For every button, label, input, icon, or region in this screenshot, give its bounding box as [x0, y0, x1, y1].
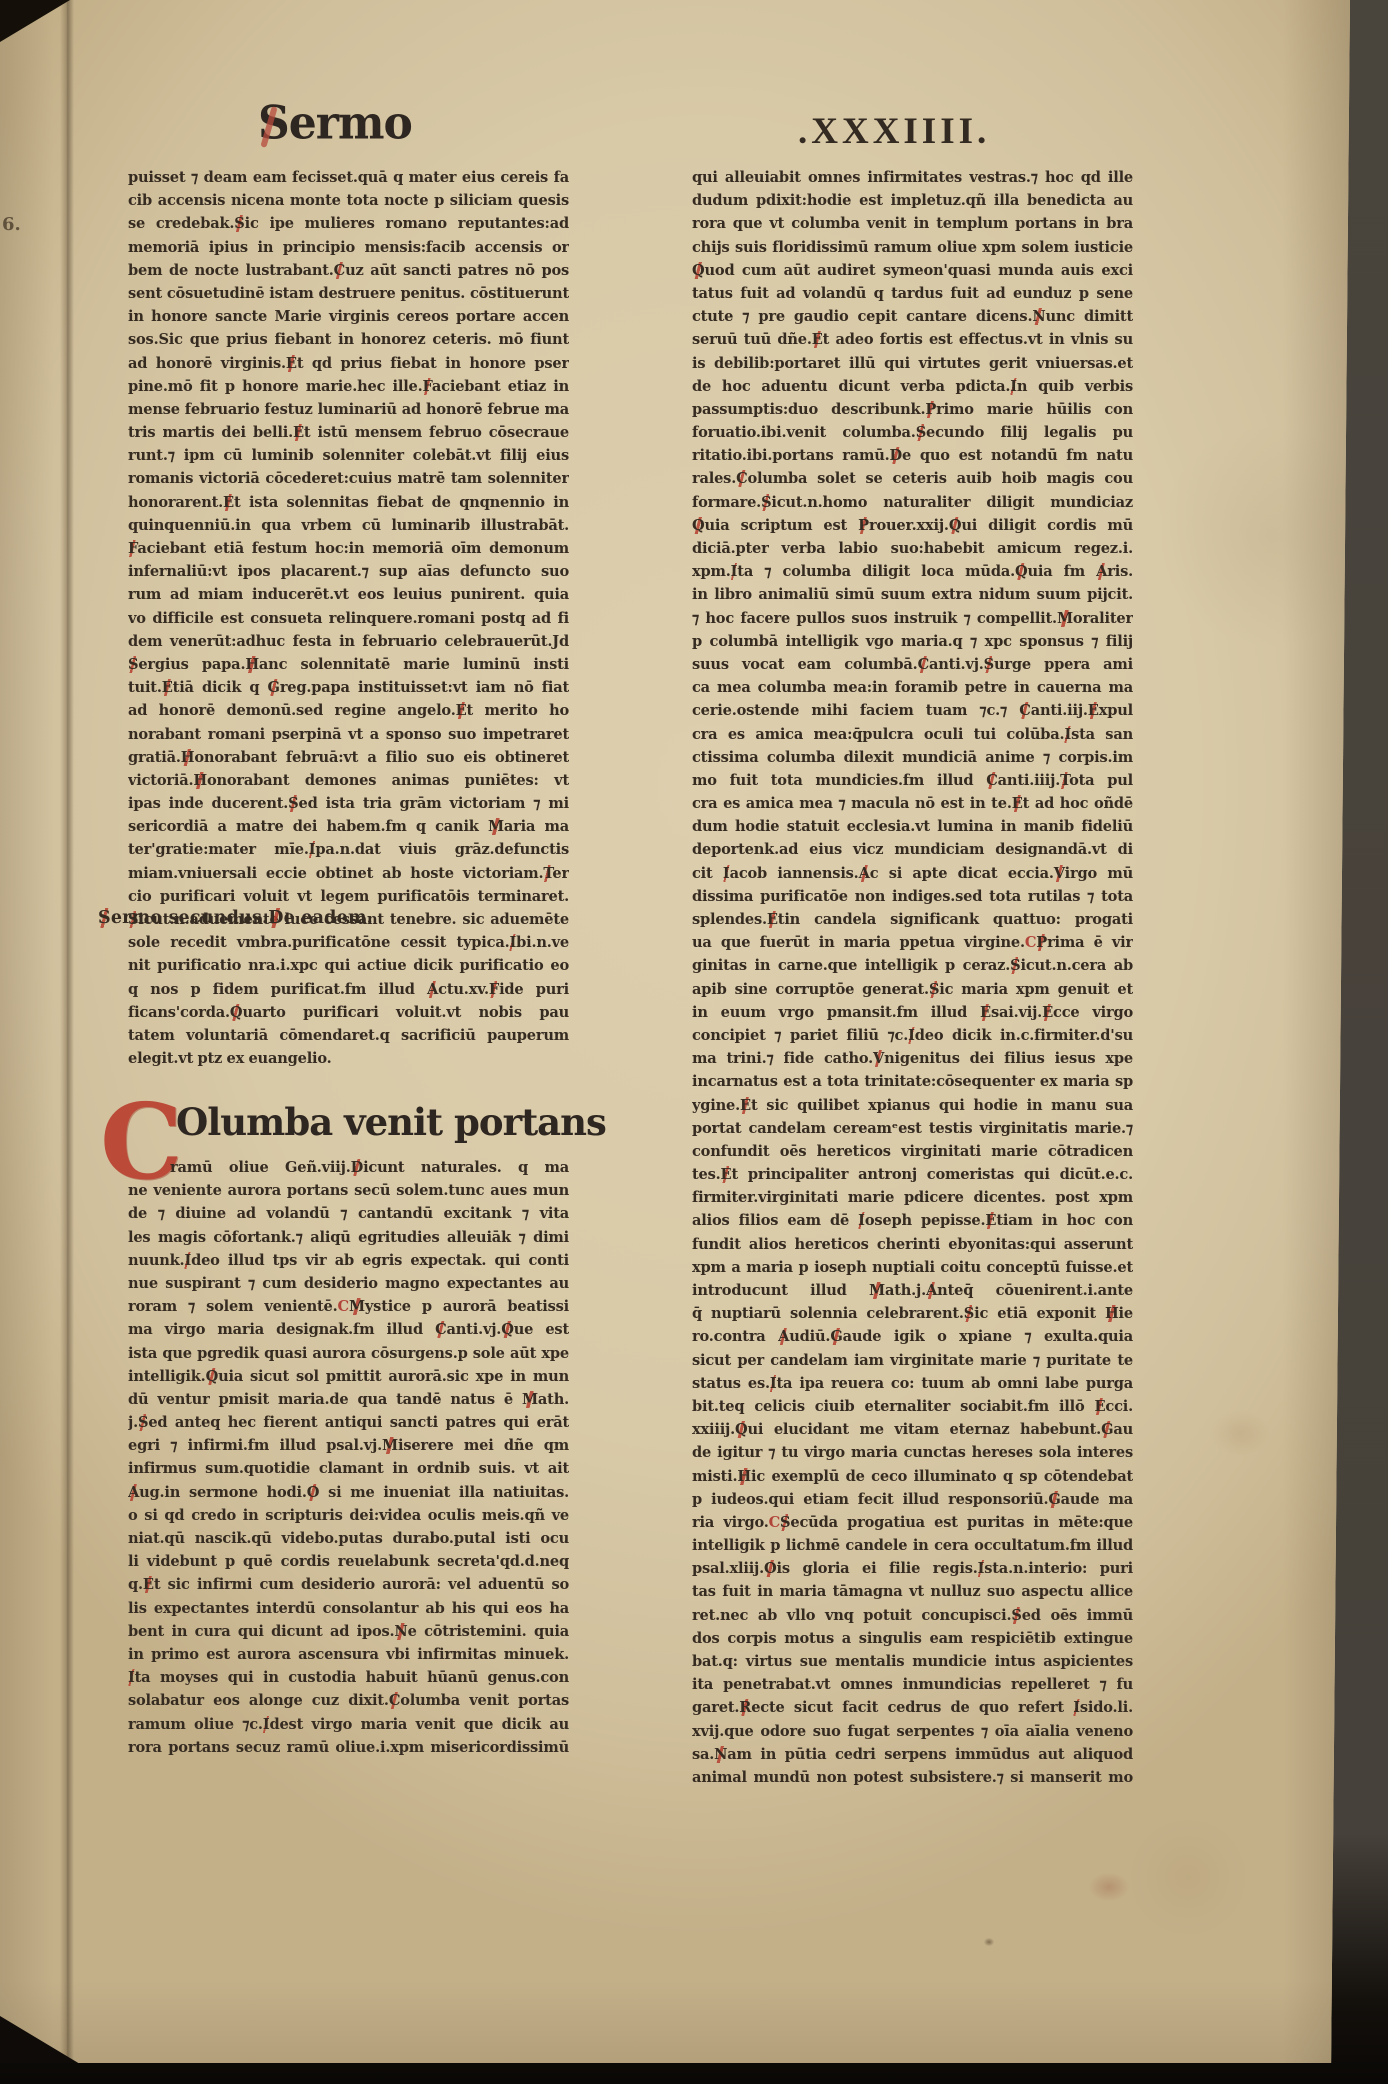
- book-page: Sermo .XXXIIII. 6. puisset ⁊ deam eam fe…: [0, 0, 1350, 2063]
- text-line: ritatio.ibi.portans ramū.De quo est nota…: [692, 444, 1133, 467]
- text-line: mo fuit tota mundicies.fm illud Canti.ii…: [692, 769, 1133, 792]
- text-line: ctute ⁊ pre gaudio cepit cantare dicens.…: [692, 305, 1133, 328]
- paper-stain-faint: [1210, 1410, 1270, 1456]
- text-column-left-lower: C Olumba venit portans ramū oliue Geñ.vi…: [128, 166, 569, 1806]
- running-title: Sermo: [258, 97, 412, 151]
- text-line: bent in cura qui dicunt ad ipos.Ne cōtri…: [128, 1620, 569, 1643]
- text-line: lis expectantes interdū consolantur ab h…: [128, 1597, 569, 1620]
- text-line: sa.Nam in pūtia cedri serpens immūdus au…: [692, 1743, 1133, 1766]
- text-line: ygine.Et sic quilibet xpianus qui hodie …: [692, 1094, 1133, 1117]
- text-line: ista que pgredik quasi aurora cōsurgens.…: [128, 1342, 569, 1365]
- text-line: seruū tuū dñe.Et adeo fortis est effectu…: [692, 328, 1133, 351]
- text-line: o si qd credo in scripturis dei:videa oc…: [128, 1504, 569, 1527]
- text-line: ramū oliue Geñ.viij.Dicunt naturales. q …: [128, 1156, 569, 1179]
- text-line: dū ventur pmisit maria.de qua tandē natu…: [128, 1388, 569, 1411]
- text-line: ita penetrabat.vt omnes inmundicias repe…: [692, 1673, 1133, 1696]
- text-line: Ita moyses qui in custodia habuit hūanū …: [128, 1666, 569, 1689]
- text-line: chijs suis floridissimū ramum oliue xpm …: [692, 236, 1133, 259]
- text-line: ca mea columba mea:in foramib petre in c…: [692, 676, 1133, 699]
- text-line: tatus fuit ad volandū q tardus fuit ad e…: [692, 282, 1133, 305]
- text-line: dos corpis motus a singulis eam respiciē…: [692, 1627, 1133, 1650]
- text-line: solabatur eos alonge cuz dixit.Columba v…: [128, 1689, 569, 1712]
- text-line: introducunt illud Math.j.Anteq̄ cōuenire…: [692, 1279, 1133, 1302]
- text-line: animal mundū non potest subsistere.⁊ si …: [692, 1766, 1133, 1789]
- text-line: de igitur ⁊ tu virgo maria cunctas heres…: [692, 1441, 1133, 1464]
- text-line: xpm a maria p ioseph nuptiali coitu conc…: [692, 1256, 1133, 1279]
- text-line: fundit alios hereticos cherinti ebyonita…: [692, 1233, 1133, 1256]
- text-line: ⁊ hoc facere pullos suos instruik ⁊ comp…: [692, 607, 1133, 630]
- text-line: ua que fuerūt in maria ppetua virgine.CP…: [692, 931, 1133, 954]
- text-line: firmiter.virginitati marie pdicere dicen…: [692, 1186, 1133, 1209]
- paragraph-block-2: ramū oliue Geñ.viij.Dicunt naturales. q …: [128, 1156, 569, 1759]
- paper-stain: [1088, 1872, 1130, 1902]
- text-line: egri ⁊ infirmi.fm illud psal.vj.Miserere…: [128, 1434, 569, 1457]
- text-line: li videbunt p quē cordis reuelabunk secr…: [128, 1550, 569, 1573]
- text-line: xvij.que odore suo fugat serpentes ⁊ oīa…: [692, 1720, 1133, 1743]
- text-line: confundit oēs hereticos virginitati mari…: [692, 1140, 1133, 1163]
- text-line: tes.Et principaliter antronj comeristas …: [692, 1163, 1133, 1186]
- text-line: cra es amica mea ⁊ macula nō est in te.E…: [692, 792, 1133, 815]
- text-line: is debilib:portaret illū qui virtutes ge…: [692, 352, 1133, 375]
- text-line: ma virgo maria designak.fm illud Canti.v…: [128, 1318, 569, 1341]
- text-line: dudum pdixit:hodie est impletuz.qñ illa …: [692, 189, 1133, 212]
- text-line: misti.Hic exemplū de ceco illuminato q s…: [692, 1465, 1133, 1488]
- text-line: psal.xliij.Ois gloria ei filie regis.Ist…: [692, 1557, 1133, 1580]
- text-line: rales.Columba solet se ceteris auib hoib…: [692, 467, 1133, 490]
- text-line: ctissima columba dilexit mundiciā anime …: [692, 746, 1133, 769]
- text-line: alios filios eam dē Ioseph pepisse.Etiam…: [692, 1209, 1133, 1232]
- text-line: ro.contra Audiū.Gaude igik o xpiane ⁊ ex…: [692, 1325, 1133, 1348]
- text-line: cra es amica mea:q̄pulcra oculi tui colū…: [692, 723, 1133, 746]
- text-line: p iudeos.qui etiam fecit illud responsor…: [692, 1488, 1133, 1511]
- text-line: ginitas in carne.que intelligik p ceraz.…: [692, 954, 1133, 977]
- text-line: rora portans secuz ramū oliue.i.xpm mise…: [128, 1736, 569, 1759]
- text-line: de ⁊ diuine ad volandū ⁊ cantandū excita…: [128, 1202, 569, 1225]
- text-line: xpm.Ita ⁊ columba diligit loca mūda.Quia…: [692, 560, 1133, 583]
- text-line: roram ⁊ solem venientē.CMystice p aurorā…: [128, 1295, 569, 1318]
- text-line: apib sine corruptōe generat.Sic maria xp…: [692, 978, 1133, 1001]
- text-line: ne veniente aurora portans secū solem.tu…: [128, 1179, 569, 1202]
- text-line: formare.Sicut.n.homo naturaliter diligit…: [692, 491, 1133, 514]
- text-line: nuunk.Ideo illud tps vir ab egris expect…: [128, 1249, 569, 1272]
- text-line: splendes.Etin candela significank quattu…: [692, 908, 1133, 931]
- incipit-line: Olumba venit portans: [176, 1100, 613, 1144]
- text-line: ma trini.⁊ fide catho.Vnigenitus dei fil…: [692, 1047, 1133, 1070]
- margin-annotation: 6.: [2, 214, 21, 235]
- text-line: tas fuit in maria tāmagna vt nulluz suo …: [692, 1580, 1133, 1603]
- text-line: in primo est aurora ascensura vbi infirm…: [128, 1643, 569, 1666]
- text-line: ria virgo.CSecūda progatiua est puritas …: [692, 1511, 1133, 1534]
- text-line: dissima purificatōe non indiges.sed tota…: [692, 885, 1133, 908]
- text-line: nue suspirant ⁊ cum desiderio magno expe…: [128, 1272, 569, 1295]
- text-line: in libro animaliū simū suum extra nidum …: [692, 583, 1133, 606]
- gutter-crease: [60, 0, 74, 2063]
- text-line: foruatio.ibi.venit columba.Secundo filij…: [692, 421, 1133, 444]
- text-line: les magis cōfortank.⁊ aliqū egritudies a…: [128, 1226, 569, 1249]
- text-line: diciā.pter verba labio suo:habebit amicu…: [692, 537, 1133, 560]
- text-line: j.Sed anteq hec fierent antiqui sancti p…: [128, 1411, 569, 1434]
- text-line: sicut per candelam iam virginitate marie…: [692, 1349, 1133, 1372]
- text-line: cerie.ostende mihi faciem tuam ⁊c.⁊ Cant…: [692, 699, 1133, 722]
- text-line: infirmus sum.quotidie clamant in ordnib …: [128, 1457, 569, 1480]
- text-line: Quia scriptum est Prouer.xxij.Qui diligi…: [692, 514, 1133, 537]
- text-line: q̄ nuptiarū solennia celebrarent.Sic eti…: [692, 1302, 1133, 1325]
- text-line: status es.Ita ipa reuera co: tuum ab omn…: [692, 1372, 1133, 1395]
- text-line: bit.teq celicis ciuib eternaliter sociab…: [692, 1395, 1133, 1418]
- text-line: garet.Recte sicut facit cedrus de quo re…: [692, 1696, 1133, 1719]
- text-line: p columbā intelligik vgo maria.q ⁊ xpc s…: [692, 630, 1133, 653]
- text-line: dum hodie statuit ecclesia.vt lumina in …: [692, 815, 1133, 838]
- text-column-right: qui alleuiabit omnes infirmitates vestra…: [692, 166, 1133, 1806]
- text-line: Aug.in sermone hodi.O si me inueniat ill…: [128, 1481, 569, 1504]
- text-line: in euum vrgo pmansit.fm illud Esai.vij.E…: [692, 1001, 1133, 1024]
- text-line: bat.q: virtus sue mentalis mundicie intu…: [692, 1650, 1133, 1673]
- text-line: niat.qū nascik.qū videbo.putas durabo.pu…: [128, 1527, 569, 1550]
- text-line: intelligik.Quia sicut sol pmittit aurorā…: [128, 1365, 569, 1388]
- text-line: passumptis:duo describunk.Primo marie hū…: [692, 398, 1133, 421]
- text-line: concipiet ⁊ pariet filiū ⁊c.Ideo dicik i…: [692, 1024, 1133, 1047]
- text-line: suus vocat eam columbā.Canti.vj.Surge pp…: [692, 653, 1133, 676]
- photo-background: Sermo .XXXIIII. 6. puisset ⁊ deam eam fe…: [0, 0, 1388, 2084]
- text-line: ret.nec ab vllo vnq potuit concupisci.Se…: [692, 1604, 1133, 1627]
- text-line: qui alleuiabit omnes infirmitates vestra…: [692, 166, 1133, 189]
- text-line: xxiiij.Qui elucidant me vitam eternaz ha…: [692, 1418, 1133, 1441]
- paper-speck: [984, 1938, 994, 1946]
- text-line: incarnatus est a tota trinitate:cōsequen…: [692, 1070, 1133, 1093]
- text-line: rora que vt columba venit in templum por…: [692, 212, 1133, 235]
- text-line: de hoc aduentu dicunt verba pdicta.In qu…: [692, 375, 1133, 398]
- text-line: deportenk.ad eius vicz mundiciam designa…: [692, 838, 1133, 861]
- text-line: q.Et sic infirmi cum desiderio aurorā: v…: [128, 1573, 569, 1596]
- text-line: intelligik p lichmē candele in cera occu…: [692, 1534, 1133, 1557]
- folio-number: .XXXIIII.: [798, 110, 990, 153]
- text-line: portat candelam cereamᵉest testis virgin…: [692, 1117, 1133, 1140]
- text-line: cit Iacob iannensis.Ac si apte dicat ecc…: [692, 862, 1133, 885]
- text-line: Quod cum aūt audiret symeon'quasi munda …: [692, 259, 1133, 282]
- text-line: ramum oliue ⁊c.Idest virgo maria venit q…: [128, 1713, 569, 1736]
